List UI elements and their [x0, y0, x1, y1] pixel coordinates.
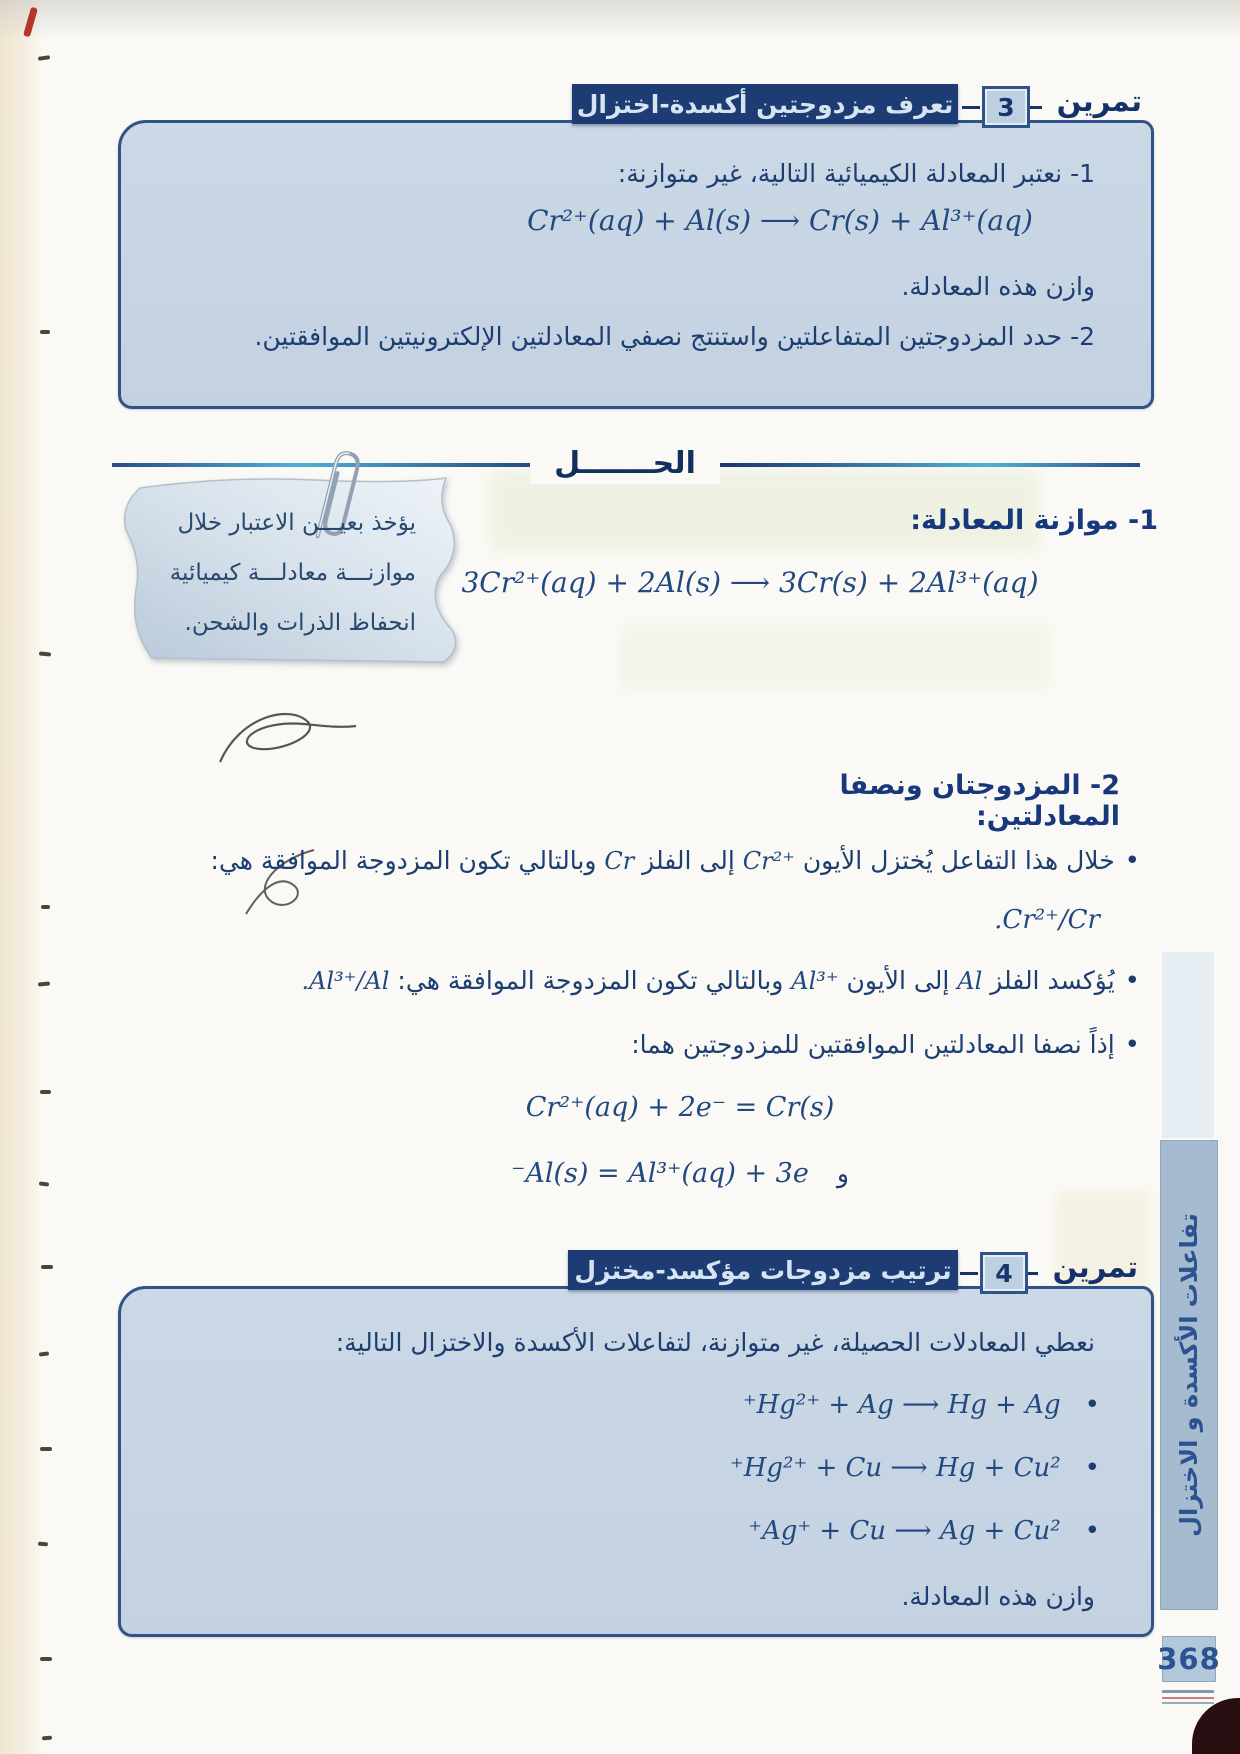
step1-title: 1- موازنة المعادلة: — [858, 505, 1158, 536]
bullet2-mid: إلى الأيون — [839, 966, 958, 995]
solution-bullet3: •إذاً نصفا المعادلتين الموافقتين للمزدوج… — [140, 1026, 1140, 1065]
footer-rule — [1162, 1690, 1214, 1693]
exercise4-equation-row: • Ag⁺ + Cu ⟶ Ag + Cu²⁺ — [580, 1516, 1100, 1546]
exercise3-number: 3 — [982, 86, 1030, 128]
solution-bullet2: •يُؤكسد الفلز Al إلى الأيون Al³⁺ وبالتال… — [140, 962, 1140, 1001]
margin-note-line: انحفاظ الذرات والشحن. — [148, 598, 416, 648]
scanned-textbook-page: تمرين 3 تعرف مزدوجتين أكسدة-اختزال 1- نع… — [0, 0, 1240, 1754]
bullet-dot: • — [1125, 1030, 1140, 1060]
bullet2-ion: Al³⁺ — [791, 967, 838, 995]
showthrough-ghost — [620, 625, 1050, 690]
bullet3-text: إذاً نصفا المعادلتين الموافقتين للمزدوجت… — [631, 1030, 1114, 1059]
exercise4-intro: نعطي المعادلات الحصيلة، غير متوازنة، لتف… — [180, 1324, 1095, 1362]
exercise4-equation: Ag⁺ + Cu ⟶ Ag + Cu²⁺ — [748, 1516, 1060, 1546]
bullet1-post: وبالتالي تكون المزدوجة الموافقة هي: — [211, 846, 605, 875]
bullet-dot: • — [1085, 1516, 1100, 1546]
bullet2-metal: Al — [957, 967, 982, 995]
bullet2-pre: يُؤكسد الفلز — [982, 966, 1114, 995]
edge-mark — [41, 905, 50, 909]
solution-heading: الحـــــــل — [530, 444, 720, 484]
exercise3-question1-followup: وازن هذه المعادلة. — [600, 268, 1095, 306]
edge-mark — [38, 1542, 48, 1547]
margin-note-line: يؤخذ بعيـــن الاعتبار خلال — [148, 498, 416, 548]
page-left-edge — [0, 0, 44, 1754]
edge-mark — [40, 1090, 51, 1094]
footer-rule — [1162, 1702, 1214, 1704]
exercise4-equation-row: • Hg²⁺ + Cu ⟶ Hg + Cu²⁺ — [580, 1453, 1100, 1483]
page-number-badge: 368 — [1162, 1636, 1216, 1682]
exercise3-equation: Cr²⁺(aq) + Al(s) ⟶ Cr(s) + Al³⁺(aq) — [500, 204, 1060, 237]
exercise4-title-banner: ترتيب مزدوجات مؤكسد-مختزل — [568, 1250, 958, 1290]
edge-mark — [38, 981, 50, 986]
bullet-dot: • — [1085, 1390, 1100, 1420]
exercise4-outro: وازن هذه المعادلة. — [700, 1578, 1095, 1616]
connector-dash — [960, 1272, 978, 1275]
edge-mark — [42, 1736, 52, 1741]
handwritten-scribble — [212, 698, 362, 783]
bullet1-couple: .Cr²⁺/Cr — [800, 905, 1100, 935]
solution-bullet1: •خلال هذا التفاعل يُختزل الأيون Cr²⁺ إلى… — [140, 842, 1140, 881]
balanced-equation: 3Cr²⁺(aq) + 2Al(s) ⟶ 3Cr(s) + 2Al³⁺(aq) — [440, 566, 1060, 599]
exercise4-number: 4 — [980, 1252, 1028, 1294]
exercise3-question2: 2- حدد المزدوجتين المتفاعلتين واستنتج نص… — [150, 318, 1095, 356]
margin-note-text: يؤخذ بعيـــن الاعتبار خلال موازنـــة معا… — [148, 498, 416, 648]
bullet2-post: وبالتالي تكون المزدوجة الموافقة هي: — [389, 966, 791, 995]
bullet1-mid: إلى الفلز — [634, 846, 743, 875]
edge-mark — [40, 1447, 52, 1451]
bullet1-metal: Cr — [604, 847, 634, 875]
chapter-tab-label: تفاعلات الأكسدة و الاختزال — [1175, 1213, 1203, 1537]
half-equation2: Al(s) = Al³⁺(aq) + 3e⁻ — [511, 1158, 809, 1189]
exercise4-equation-row: • Hg²⁺ + Ag ⟶ Hg + Ag⁺ — [580, 1390, 1100, 1420]
exercise3-label: تمرين — [1042, 84, 1142, 118]
margin-note-line: موازنـــة معادلـــة كيميائية — [148, 548, 416, 598]
connector-dash — [1030, 106, 1042, 109]
bullet1-ion: Cr²⁺ — [743, 847, 795, 875]
sidebar-light-strip — [1162, 952, 1214, 1138]
bullet1-pre: خلال هذا التفاعل يُختزل الأيون — [795, 846, 1115, 875]
bullet2-couple: .Al³⁺/Al — [301, 967, 389, 995]
page-top-band — [0, 0, 1240, 40]
half-equation1: Cr²⁺(aq) + 2e⁻ = Cr(s) — [450, 1092, 910, 1123]
half-equation2-row: و Al(s) = Al³⁺(aq) + 3e⁻ — [420, 1158, 940, 1189]
edge-mark — [41, 1265, 53, 1269]
scan-corner-shadow — [1192, 1698, 1240, 1754]
edge-mark — [38, 55, 50, 61]
edge-mark — [40, 1657, 52, 1661]
exercise3-question1: 1- نعتبر المعادلة الكيميائية التالية، غي… — [200, 155, 1095, 193]
step2-title: 2- المزدوجتان ونصفا المعادلتين: — [720, 770, 1120, 832]
edge-mark — [39, 1351, 49, 1356]
chapter-tab: تفاعلات الأكسدة و الاختزال — [1160, 1140, 1218, 1610]
bullet-dot: • — [1125, 966, 1140, 996]
edge-mark — [40, 330, 50, 334]
connector-dash — [962, 106, 980, 109]
bullet-dot: • — [1125, 846, 1140, 876]
exercise3-title-banner: تعرف مزدوجتين أكسدة-اختزال — [572, 84, 958, 124]
footer-rule — [1162, 1697, 1214, 1699]
exercise4-label: تمرين — [1038, 1250, 1138, 1284]
conjunction-waw: و — [837, 1159, 849, 1188]
bullet-dot: • — [1085, 1453, 1100, 1483]
exercise4-equation: Hg²⁺ + Ag ⟶ Hg + Ag⁺ — [743, 1390, 1061, 1420]
exercise4-equation: Hg²⁺ + Cu ⟶ Hg + Cu²⁺ — [730, 1453, 1061, 1483]
